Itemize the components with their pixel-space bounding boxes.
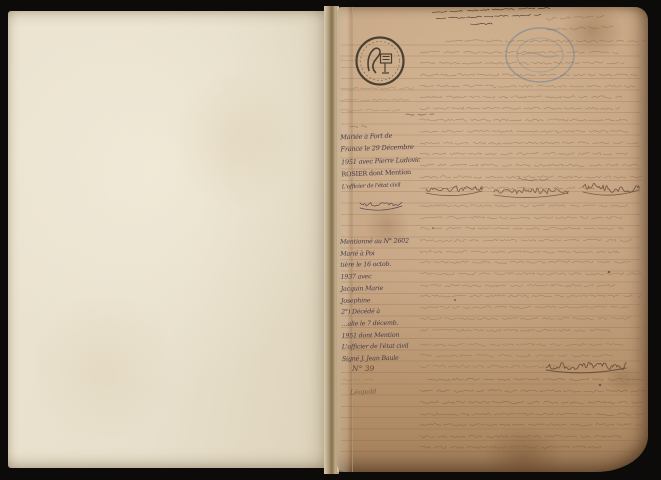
act-number-label: N° 39 [352, 364, 374, 373]
act-margin-name: Léopold [350, 388, 377, 397]
scanned-register-spread: Mariée à Fort de France le 29 Décembre 1… [0, 0, 661, 480]
margin-note-marriage: Mariée à Fort de France le 29 Décembre 1… [340, 129, 422, 194]
margin-note-death: Mentionné au N° 2602 Marié à Poi tière l… [340, 235, 426, 365]
left-blank-page [8, 11, 326, 468]
left-page-shading [8, 11, 326, 468]
